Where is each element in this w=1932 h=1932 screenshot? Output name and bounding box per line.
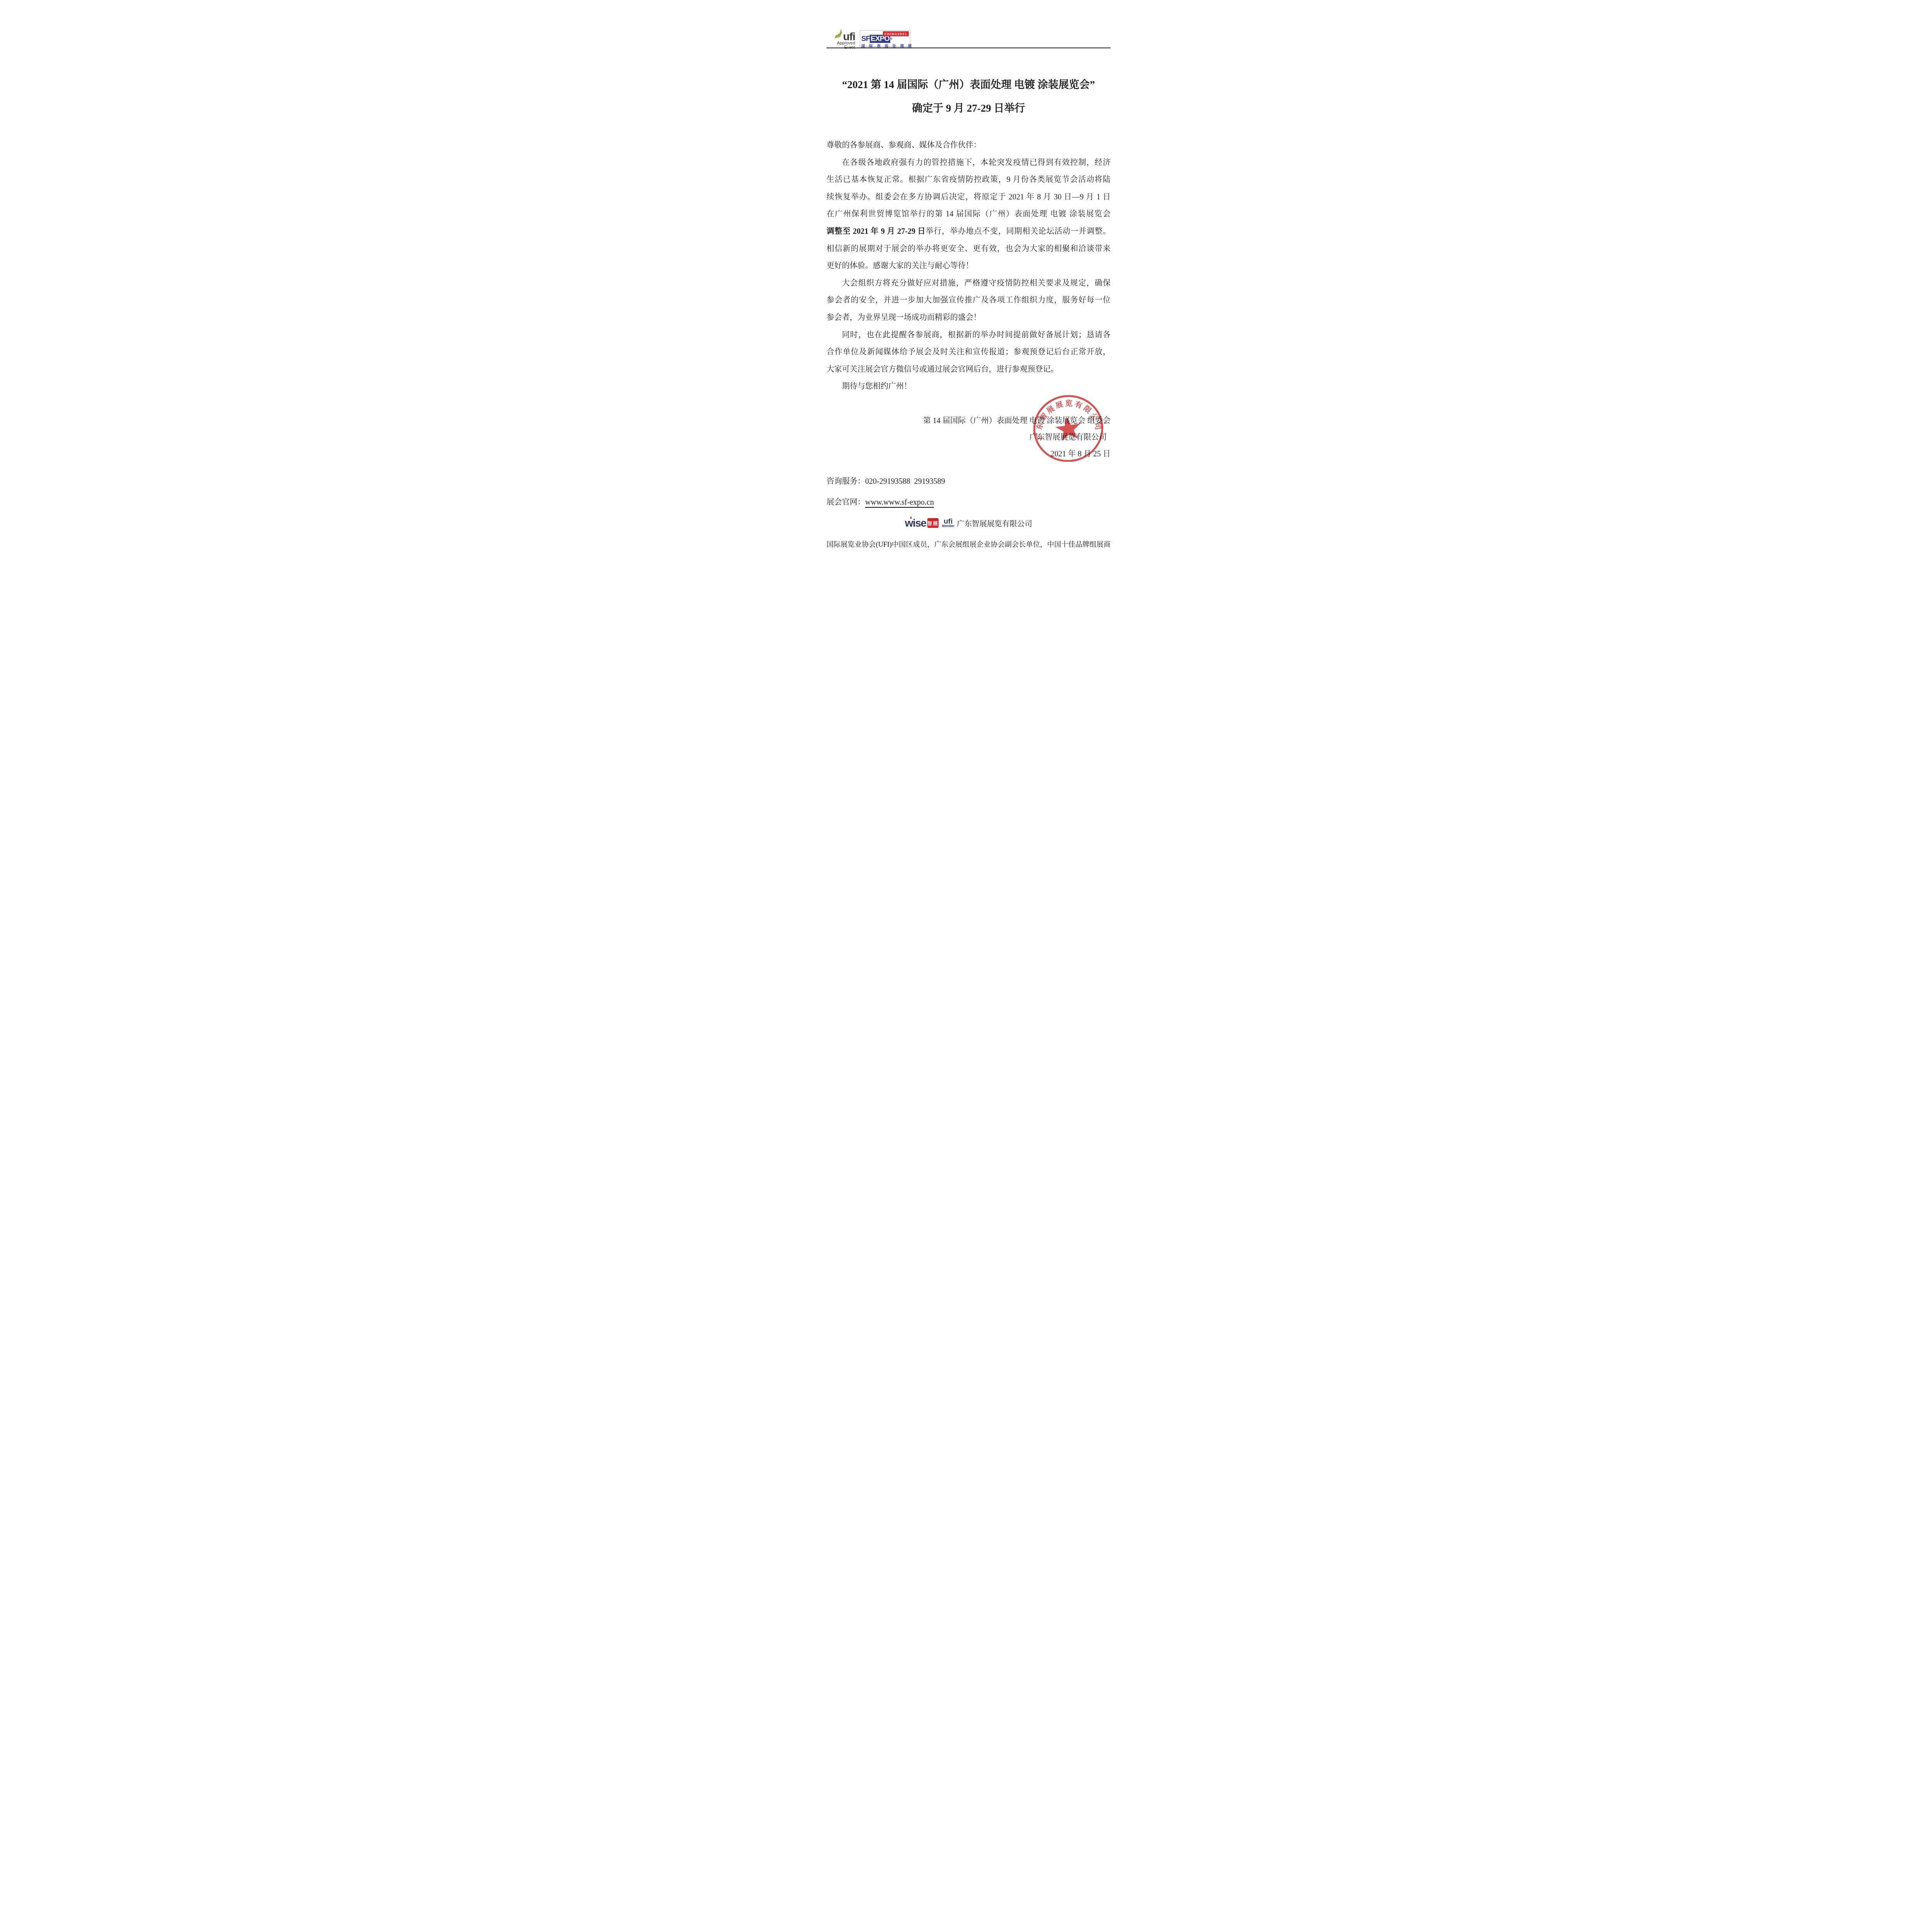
body-line-new-dates: 调整至 2021 年 9 月 27-29 日举行，举办地点不变，同期相关论坛活动… <box>827 223 1111 240</box>
body-line: 参会者的安全，并进一步加大加强宣传推广及各项工作组织力度，服务好每一位 <box>827 292 1111 309</box>
ufi-member-logo: ufi Member <box>942 519 955 528</box>
sfexpo-sf-letters: SF <box>861 35 870 43</box>
new-dates-emphasis: 调整至 2021 年 9 月 27-29 日 <box>827 227 926 236</box>
document-title-line2: 确定于 9 月 27-29 日举行 <box>827 102 1111 115</box>
body-line-rest: 举行，举办地点不变，同期相关论坛活动一并调整。 <box>926 227 1111 236</box>
wise-chinese-badge: 智展 <box>927 518 939 528</box>
body-line: 更好的体验。感谢大家的关注与耐心等待！ <box>827 257 1111 275</box>
wise-wordmark: wise <box>905 517 926 529</box>
ufi-wordmark: ufi <box>843 32 855 41</box>
body-line: 续恢复举办。组委会在多方协调后决定，将原定于 2021 年 8 月 30 日—9… <box>827 189 1111 206</box>
organizer-logo-row: wise 智展 ufi Member 广东智展展览有限公司 <box>827 517 1111 529</box>
organizer-company-name: 广东智展展览有限公司 <box>957 518 1032 529</box>
body-line: 在广州保利世贸博览馆举行的第 14 届国际（广州）表面处理 电镀 涂装展览会 <box>827 206 1111 223</box>
website-link[interactable]: www.www.sf-expo.cn <box>865 498 934 508</box>
body-line: 参会者，为业界呈现一场成功而精彩的盛会！ <box>827 309 1111 327</box>
body-line: 大家可关注展会官方微信号或通过展会官网后台，进行参观预登记。 <box>827 361 1111 378</box>
footer-credentials: 国际展览业协会(UFI)中国区成员，广东会展组展企业协会副会长单位，中国十佳品牌… <box>827 540 1111 549</box>
website-line: 展会官网：www.www.sf-expo.cn <box>827 498 1111 507</box>
body-line: 相信新的展期对于展会的举办将更安全、更有效，也会为大家的相聚和洽谈带来 <box>827 240 1111 258</box>
body-line: 大会组织方将充分做好应对措施，严格遵守疫情防控相关要求及规定，确保 <box>827 275 1111 292</box>
ufi-event-label: Event <box>844 46 855 50</box>
body-line: 合作单位及新闻媒体给予展会及时关注和宣传报道；参观预登记后台正常开放， <box>827 344 1111 361</box>
signature-block: 第 14 届国际（广州）表面处理 电镀 涂装展览会 组委会 广东智展展览有限公司… <box>827 413 1111 463</box>
ufi-approved-event-logo: ufi Approved Event <box>827 29 855 50</box>
sfexpo-logo: CHINA2021 SFEXPO® 国 际 表 面 处 理 展 <box>860 30 910 47</box>
document-page: ufi Approved Event CHINA2021 SFEXPO® 国 际… <box>765 0 1167 566</box>
wheat-leaf-icon <box>834 29 843 41</box>
ufi-member-label: Member <box>942 524 955 528</box>
website-label: 展会官网： <box>827 498 865 507</box>
registered-mark: ® <box>890 37 893 41</box>
body-line: 同时，也在此提醒各参展商，根据新的举办时间提前做好备展计划；恳请各 <box>827 327 1111 344</box>
service-phone-line: 咨询服务：020-29193588 29193589 <box>827 477 1111 486</box>
sfexpo-china2021-badge: CHINA2021 <box>883 31 909 36</box>
body-line: 生活已基本恢复正常。根据广东省疫情防控政策，9 月份各类展览节会活动将陆 <box>827 171 1111 189</box>
wise-logo: wise <box>905 519 926 528</box>
ufi-member-wordmark: ufi <box>944 519 952 524</box>
salutation: 尊敬的各参展商、参观商、媒体及合作伙伴： <box>827 137 1111 154</box>
body-line: 在各级各地政府强有力的管控措施下，本轮突发疫情已得到有效控制，经济 <box>827 154 1111 172</box>
organizer-name: 第 14 届国际（广州）表面处理 电镀 涂装展览会 组委会 <box>827 413 1111 429</box>
company-name: 广东智展展览有限公司 <box>827 429 1111 446</box>
document-title-line1: “2021 第 14 届国际（广州）表面处理 电镀 涂装展览会” <box>827 78 1111 91</box>
header-logos: ufi Approved Event CHINA2021 SFEXPO® 国 际… <box>827 29 1111 47</box>
sfexpo-chinese-subtitle: 国 际 表 面 处 理 展 <box>861 43 909 48</box>
letter-date: 2021 年 8 月 25 日 <box>827 446 1111 463</box>
letter-body: 尊敬的各参展商、参观商、媒体及合作伙伴： 在各级各地政府强有力的管控措施下，本轮… <box>827 137 1111 395</box>
closing-line: 期待与您相约广州！ <box>827 378 1111 395</box>
